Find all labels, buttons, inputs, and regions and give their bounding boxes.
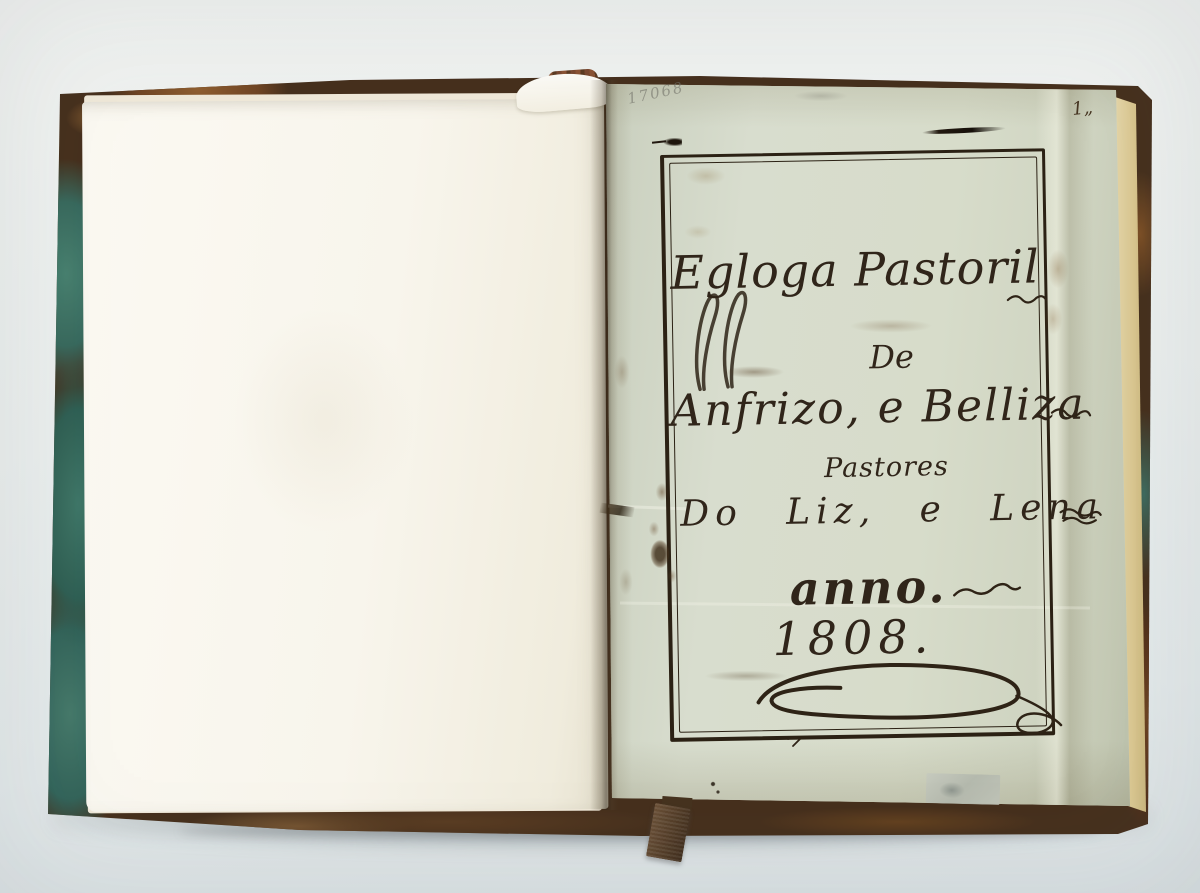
small-ink-mark [786, 736, 802, 748]
title-line-pastores: Pastores [697, 449, 1075, 487]
title-line-do-liz-e-lena: Do Liz, e Lena [680, 487, 1059, 535]
gutter-shadow [590, 80, 618, 810]
page-number: 1„ [1071, 97, 1094, 120]
photo-stage: Egloga Pastoril De Anfrizo, e Belliza Pa… [0, 0, 1200, 893]
left-blank-page [82, 99, 608, 812]
calligraphic-flourish [728, 651, 1070, 752]
title-ink-frame: Egloga Pastoril De Anfrizo, e Belliza Pa… [660, 148, 1055, 742]
label-remnant [926, 773, 1001, 805]
title-line-anfrizo-e-belliza: Anfrizo, e Belliza [670, 379, 1049, 437]
ink-dot-mark [664, 138, 682, 146]
ribbon-bookmark [646, 803, 691, 862]
title-line-de: De [702, 335, 1081, 380]
